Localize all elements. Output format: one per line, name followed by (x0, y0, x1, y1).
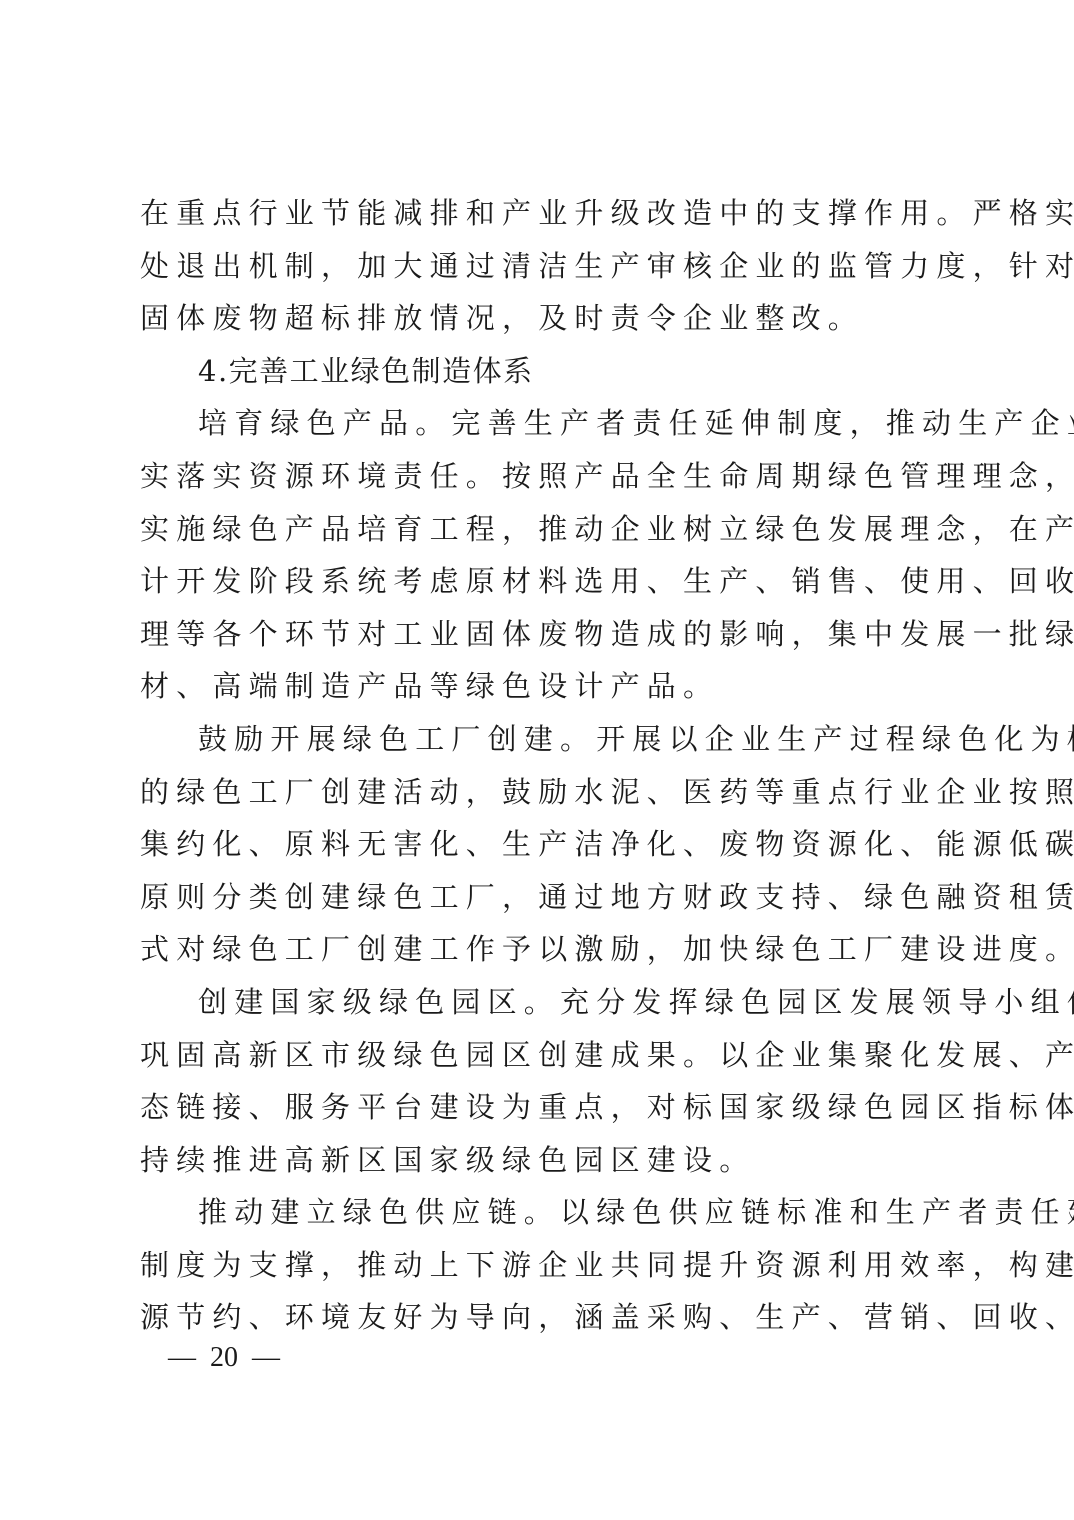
text-line: 创建国家级绿色园区。充分发挥绿色园区发展领导小组作用， (140, 976, 936, 1029)
text-line: 鼓励开展绿色工厂创建。开展以企业生产过程绿色化为核心 (140, 713, 936, 766)
text-line: 集约化、原料无害化、生产洁净化、废物资源化、能源低碳化的 (140, 818, 936, 871)
document-page: 在重点行业节能减排和产业升级改造中的支撑作用。严格实施惩 处退出机制，加大通过清… (0, 0, 1074, 1520)
page-number: —20— (168, 1338, 280, 1378)
text-line: 巩固高新区市级绿色园区创建成果。以企业集聚化发展、产业生 (140, 1029, 936, 1082)
paragraph-green-factories: 鼓励开展绿色工厂创建。开展以企业生产过程绿色化为核心 的绿色工厂创建活动，鼓励水… (140, 713, 940, 976)
text-line: 式对绿色工厂创建工作予以激励，加快绿色工厂建设进度。 (140, 923, 936, 976)
text-line: 实施绿色产品培育工程，推动企业树立绿色发展理念，在产品设 (140, 503, 936, 556)
text-line: 原则分类创建绿色工厂，通过地方财政支持、绿色融资租赁等方 (140, 871, 936, 924)
heading-text: 4.完善工业绿色制造体系 (140, 345, 936, 398)
paragraph-green-parks: 创建国家级绿色园区。充分发挥绿色园区发展领导小组作用， 巩固高新区市级绿色园区创… (140, 976, 940, 1186)
page-number-dash-left: — (168, 1338, 196, 1378)
text-line: 源节约、环境友好为导向，涵盖采购、生产、营销、回收、物流 (140, 1291, 936, 1344)
text-line: 培育绿色产品。完善生产者责任延伸制度，推动生产企业切 (140, 397, 936, 450)
paragraph-green-products: 培育绿色产品。完善生产者责任延伸制度，推动生产企业切 实落实资源环境责任。按照产… (140, 397, 940, 713)
paragraph-green-supply-chain: 推动建立绿色供应链。以绿色供应链标准和生产者责任延伸 制度为支撑，推动上下游企业… (140, 1186, 940, 1344)
page-number-dash-right: — (252, 1338, 280, 1378)
text-line: 制度为支撑，推动上下游企业共同提升资源利用效率，构建以资 (140, 1239, 936, 1292)
text-line: 持续推进高新区国家级绿色园区建设。 (140, 1134, 936, 1187)
text-line: 实落实资源环境责任。按照产品全生命周期绿色管理理念，持续 (140, 450, 936, 503)
page-number-value: 20 (210, 1338, 238, 1378)
text-line: 在重点行业节能减排和产业升级改造中的支撑作用。严格实施惩 (140, 187, 936, 240)
text-line: 计开发阶段系统考虑原材料选用、生产、销售、使用、回收、处 (140, 555, 936, 608)
body-text: 在重点行业节能减排和产业升级改造中的支撑作用。严格实施惩 处退出机制，加大通过清… (140, 187, 940, 1344)
text-line: 理等各个环节对工业固体废物造成的影响，集中发展一批绿色建 (140, 608, 936, 661)
paragraph-continuation: 在重点行业节能减排和产业升级改造中的支撑作用。严格实施惩 处退出机制，加大通过清… (140, 187, 940, 345)
section-heading: 4.完善工业绿色制造体系 (140, 345, 940, 398)
text-line: 态链接、服务平台建设为重点，对标国家级绿色园区指标体系， (140, 1081, 936, 1134)
text-line: 的绿色工厂创建活动，鼓励水泥、医药等重点行业企业按照厂房 (140, 766, 936, 819)
text-line: 处退出机制，加大通过清洁生产审核企业的监管力度，针对工业 (140, 240, 936, 293)
text-line: 材、高端制造产品等绿色设计产品。 (140, 660, 936, 713)
text-line: 推动建立绿色供应链。以绿色供应链标准和生产者责任延伸 (140, 1186, 936, 1239)
text-line: 固体废物超标排放情况，及时责令企业整改。 (140, 292, 936, 345)
